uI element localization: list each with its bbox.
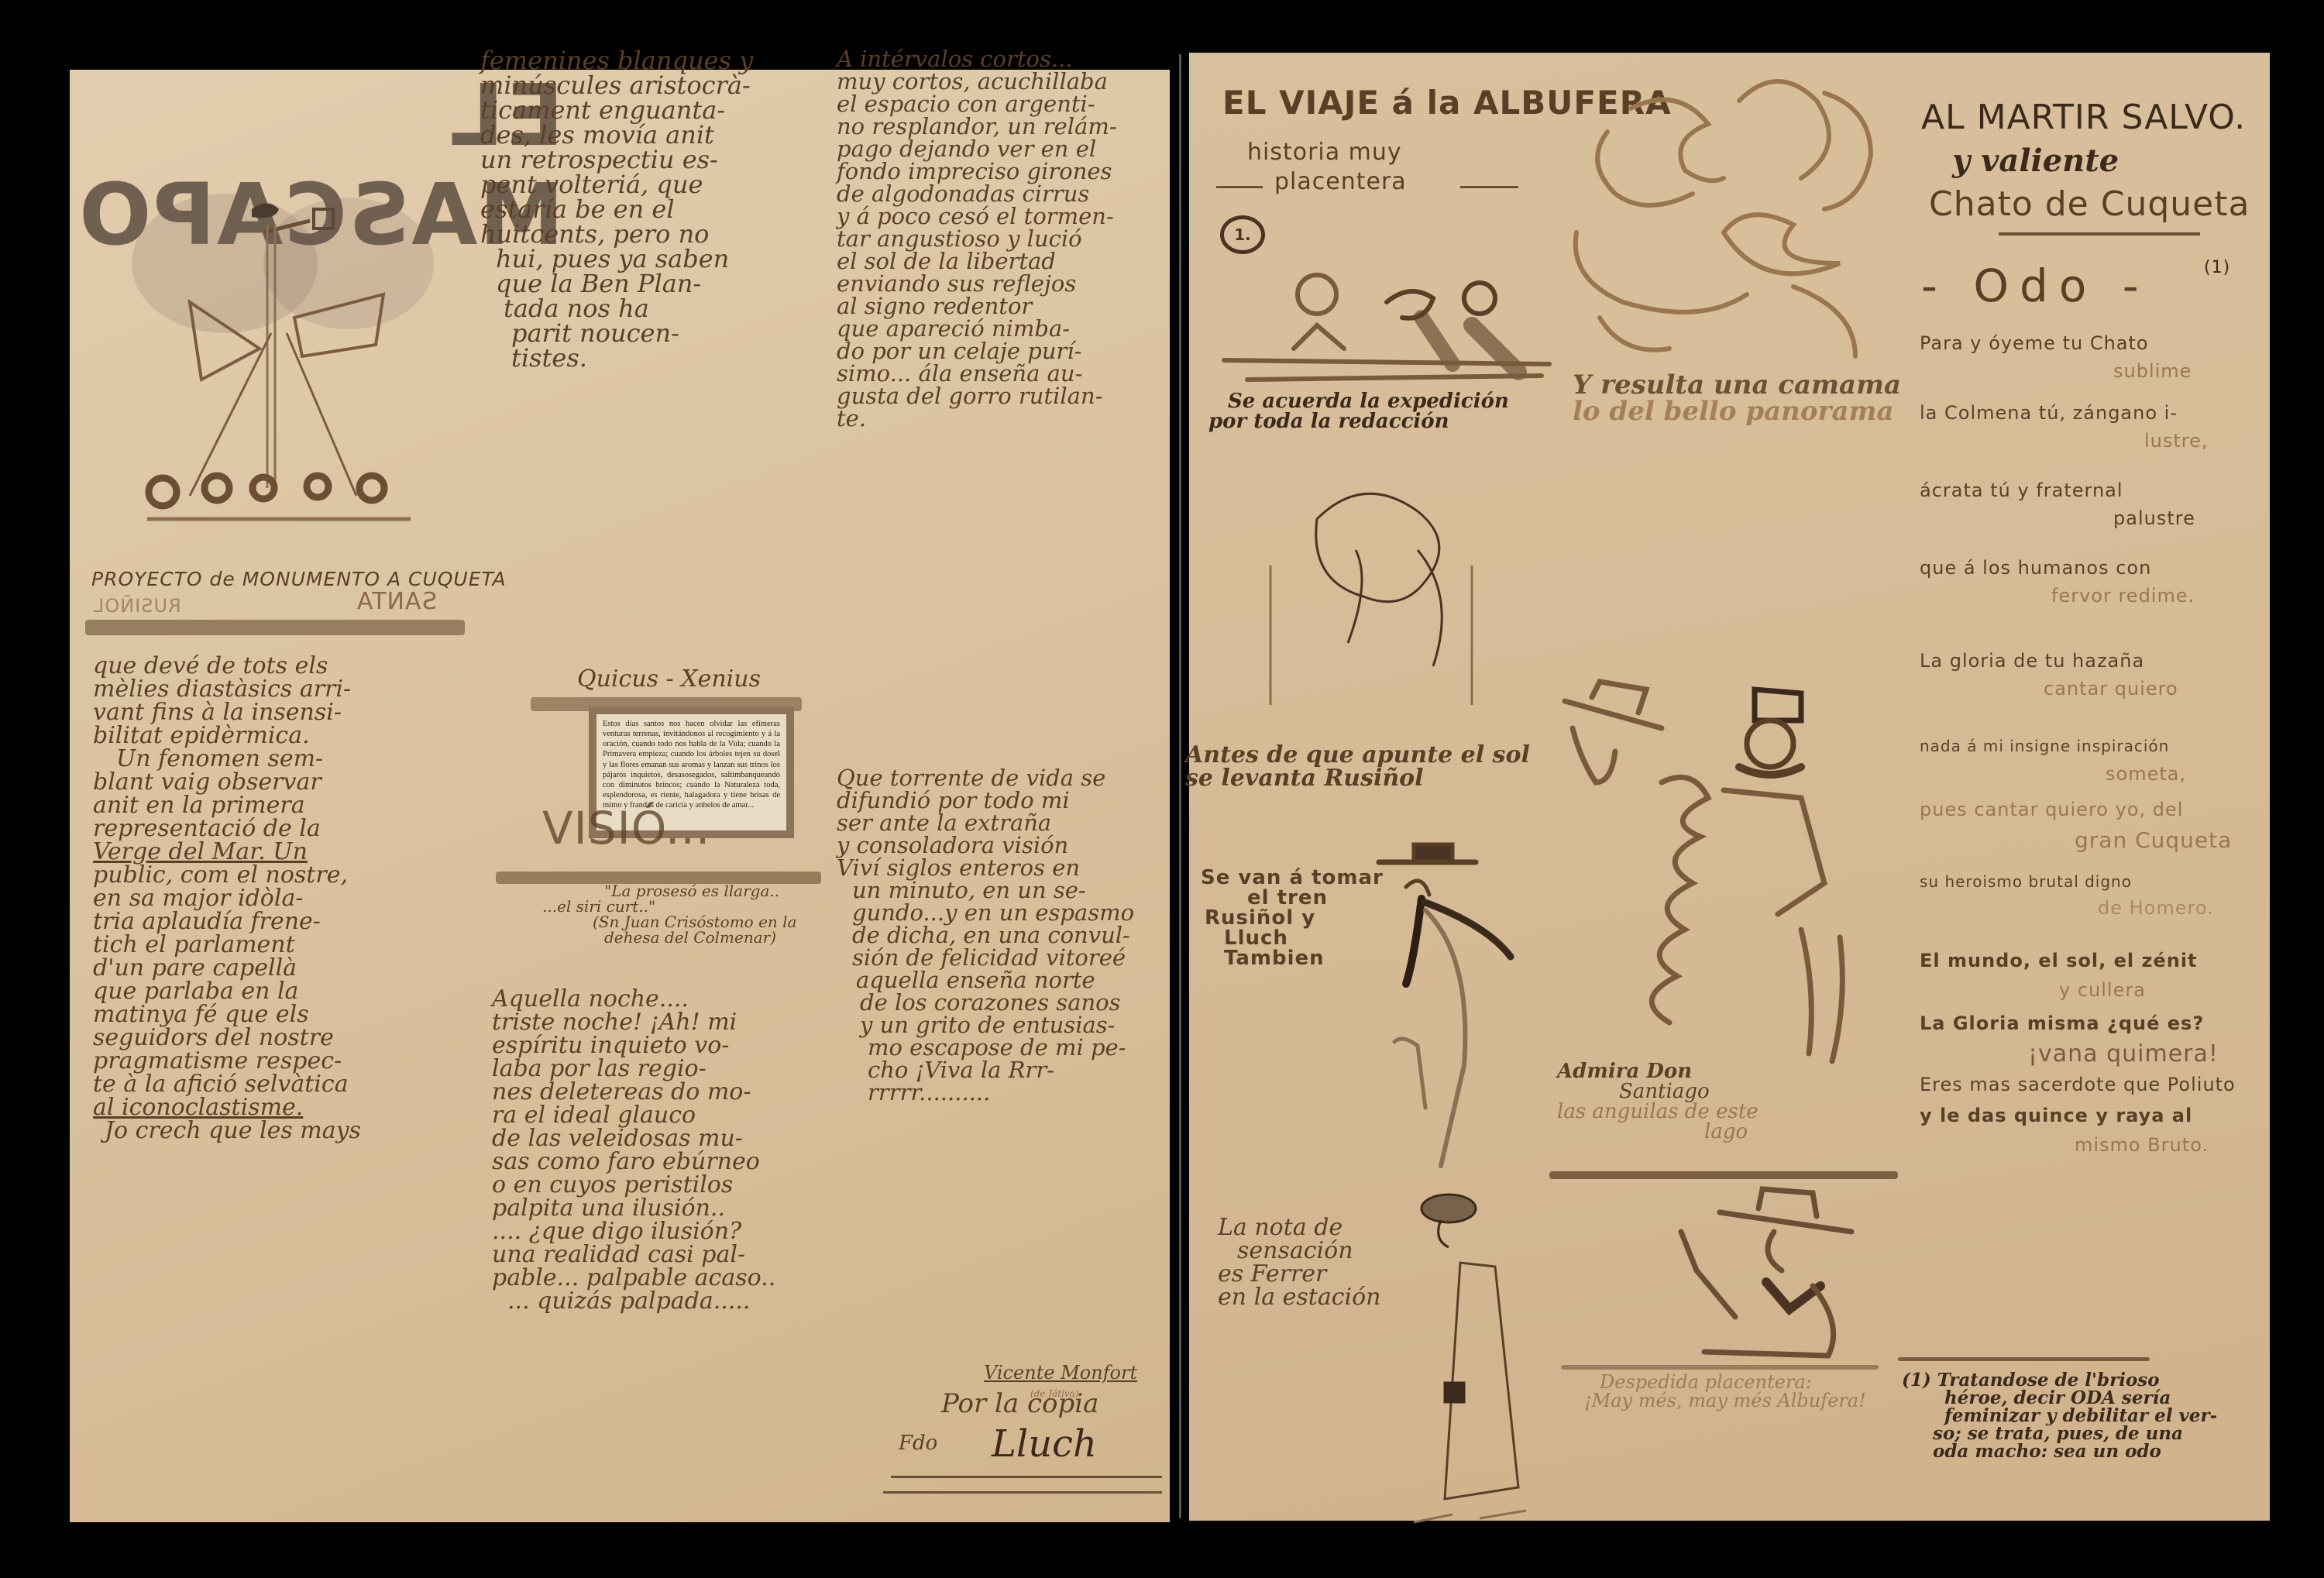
- ode-verses: Para y óyeme tu Chato sublime la Colmena…: [1920, 329, 2276, 1163]
- text-line: Aquella noche....: [492, 988, 833, 1011]
- text-line: des, les movía anit: [480, 122, 829, 147]
- text-line: ácrata tú y fraternal: [1920, 476, 2276, 504]
- text-line: un minuto, en un se-: [837, 879, 1177, 902]
- text-line: .... ¿que digo ilusión?: [492, 1220, 833, 1243]
- text-line: tar angustioso y lució: [837, 228, 1177, 250]
- signed-prefix: Fdo: [899, 1433, 937, 1453]
- verse: La gloria de tu hazaña cantar quiero: [1920, 647, 2276, 732]
- text-line: someta,: [1920, 760, 2276, 788]
- text-line: gundo...y en un espasmo: [837, 902, 1177, 924]
- text-line: ...el siri curt..": [542, 899, 821, 914]
- text-line: mo escapose de mi pe-: [837, 1037, 1177, 1059]
- center-fold: [1179, 54, 1181, 1518]
- text-line: palpita una ilusión..: [492, 1197, 833, 1220]
- text-line: que la Ben Plan-: [480, 271, 829, 296]
- ode-footnote-divider: [1898, 1357, 2150, 1361]
- verse: El mundo, el sol, el zénit y cullera: [1920, 946, 2276, 1008]
- text-line: d'un pare capellà: [93, 957, 457, 980]
- text-line: las anguilas de este: [1557, 1102, 1758, 1122]
- text-line: bilitat epidèrmica.: [93, 724, 457, 748]
- text-line: A intérvalos cortos...: [837, 48, 1177, 70]
- text-line: difundió por todo mi: [837, 789, 1177, 812]
- text-line: fervor redime.: [1920, 582, 2276, 610]
- text-line: Santiago: [1557, 1081, 1758, 1102]
- text-line: pent volteriá, que: [480, 172, 829, 197]
- text-line: lustre,: [1920, 427, 2276, 455]
- verse: La Gloria misma ¿qué es? ¡vana quimera!: [1920, 1008, 2276, 1070]
- text-line: sublime: [1920, 357, 2276, 385]
- subtitle-rule-left: [1216, 186, 1263, 188]
- text-line: espíritu inquieto vo-: [492, 1034, 833, 1057]
- text-line: no resplandor, un relám-: [837, 115, 1177, 138]
- text-line: sión de felicidad vitoreé: [837, 947, 1177, 969]
- text-line: el tren: [1201, 888, 1384, 908]
- monument-caption-mirrored-2: SANTA: [356, 590, 437, 614]
- text-line: ¡May més, may més Albufera!: [1584, 1391, 1866, 1410]
- column-3-text-lower: Que torrente de vida se difundió por tod…: [837, 767, 1177, 1104]
- text-line: que devé de tots els: [93, 655, 457, 678]
- text-line: Tambien: [1201, 948, 1384, 968]
- caption-panorama: Y resulta una camama lo del bello panora…: [1573, 372, 1901, 425]
- verse: ácrata tú y fraternal palustre: [1920, 476, 2276, 554]
- verse: la Colmena tú, zángano i- lustre,: [1920, 399, 2276, 476]
- text-line: el espacio con argenti-: [837, 93, 1177, 115]
- text-line: La nota de: [1218, 1216, 1381, 1239]
- text-line: que apareció nimba-: [837, 318, 1177, 340]
- ferrer-sketch: [1387, 1189, 1526, 1530]
- text-line: sensación: [1218, 1239, 1381, 1263]
- text-line: te.: [837, 407, 1177, 430]
- author-name: Vicente Monfort: [984, 1363, 1137, 1382]
- text-line: La gloria de tu hazaña: [1920, 647, 2276, 675]
- text-line: tada nos ha: [480, 296, 829, 321]
- text-line: Verge del Mar. Un: [93, 841, 457, 864]
- text-line: en sa major idòla-: [93, 887, 457, 910]
- text-line: de dicha, en una convul-: [837, 924, 1177, 947]
- caption-train: Se van á tomar el tren Rusiñol y Lluch T…: [1201, 868, 1384, 968]
- farewell-sketch: [1658, 1185, 1875, 1363]
- text-line: la Colmena tú, zángano i-: [1920, 399, 2276, 427]
- text-line: lo del bello panorama: [1573, 398, 1901, 425]
- monument-caption: PROYECTO de MONUMENTO A CUQUETA: [91, 569, 507, 589]
- text-line: La Gloria misma ¿qué es?: [1920, 1008, 2276, 1039]
- text-line: al iconoclastisme.: [93, 1096, 457, 1119]
- signature-rule-2: [883, 1491, 1162, 1494]
- text-line: lago: [1557, 1122, 1758, 1142]
- text-line: public, com el nostre,: [93, 864, 457, 887]
- text-line: Se acuerda la expedición: [1208, 391, 1509, 411]
- ode-title-1: AL MARTIR SALVO.: [1921, 101, 2246, 135]
- text-line: se levanta Rusiñol: [1185, 767, 1530, 790]
- ode-footnote-marker: (1): [2204, 260, 2230, 277]
- text-line: sas como faro ebúrneo: [492, 1150, 833, 1174]
- text-line: simo... ála enseña au-: [837, 363, 1177, 385]
- text-line: y le das quince y raya al: [1920, 1101, 2276, 1130]
- text-line: huitcents, pero no: [480, 222, 829, 246]
- text-line: es Ferrer: [1218, 1263, 1381, 1286]
- text-line: nes deletereas do mo-: [492, 1081, 833, 1104]
- text-line: tich el parlament: [93, 933, 457, 957]
- text-line: seguidors del nostre: [93, 1026, 457, 1050]
- farewell-divider: [1561, 1365, 1879, 1370]
- verse: y le das quince y raya al mismo Bruto.: [1920, 1101, 2276, 1163]
- text-line: Un fenomen sem-: [93, 748, 457, 771]
- text-line: matinya fé que els: [93, 1003, 457, 1026]
- text-line: en la estación: [1218, 1286, 1381, 1309]
- text-line: Para y óyeme tu Chato: [1920, 329, 2276, 357]
- albufera-subtitle-2: placentera: [1274, 170, 1407, 194]
- verse: su heroismo brutal digno de Homero.: [1920, 868, 2276, 946]
- text-line: de algodonadas cirrus: [837, 183, 1177, 205]
- albufera-subtitle-1: historia muy: [1247, 141, 1402, 164]
- text-line: una realidad casi pal-: [492, 1243, 833, 1267]
- text-line: "La prosesó es llarga..: [542, 883, 821, 899]
- text-line: (Sn Juan Crisóstomo en la: [542, 914, 821, 930]
- text-line: nada á mi insigne inspiración: [1920, 732, 2276, 760]
- clipping-label: VISIÓ...: [542, 806, 710, 851]
- text-line: cantar quiero: [1920, 675, 2276, 703]
- ode-title-2: y valiente: [1952, 146, 2119, 177]
- text-line: Rusiñol y: [1201, 908, 1384, 928]
- text-line: Viví siglos enteros en: [837, 857, 1177, 879]
- text-line: gusta del gorro rutilan-: [837, 385, 1177, 407]
- ode-footnote: (1) Tratandose de l'brioso héroe, decir …: [1902, 1371, 2266, 1460]
- text-line: Despedida placentera:: [1584, 1373, 1866, 1391]
- walking-man-sketch: [1379, 841, 1534, 1174]
- text-line: y consoladora visión: [837, 834, 1177, 857]
- text-line: enviando sus reflejos: [837, 273, 1177, 295]
- verse: Para y óyeme tu Chato sublime: [1920, 329, 2276, 399]
- masthead-divider: [85, 620, 465, 635]
- lluch-signature: Lluch: [992, 1425, 1097, 1463]
- column-1-text: que devé de tots els mèlies diastàsics a…: [93, 655, 457, 1143]
- verse: nada á mi insigne inspiración someta,: [1920, 732, 2276, 794]
- text-line: rrrrr..........: [837, 1081, 1177, 1104]
- santiago-sketch: [1545, 682, 1910, 1061]
- text-line: y cullera: [1920, 975, 2276, 1005]
- text-line: Admira Don: [1557, 1061, 1758, 1081]
- caption-santiago: Admira Don Santiago las anguilas de este…: [1557, 1061, 1758, 1142]
- caption-ferrer: La nota de sensación es Ferrer en la est…: [1218, 1216, 1381, 1309]
- santiago-divider: [1549, 1171, 1898, 1179]
- text-line: ser ante la extraña: [837, 812, 1177, 834]
- text-line: feminizar y debilitar el ver-: [1902, 1407, 2266, 1425]
- text-line: de las veleidosas mu-: [492, 1127, 833, 1150]
- text-line: El mundo, el sol, el zénit: [1920, 946, 2276, 975]
- text-line: tria aplaudía frene-: [93, 910, 457, 933]
- text-line: mismo Bruto.: [1920, 1130, 2276, 1160]
- text-line: dehesa del Colmenar): [542, 930, 821, 945]
- text-line: Que torrente de vida se: [837, 767, 1177, 789]
- text-line: pues cantar quiero yo, del: [1920, 794, 2276, 825]
- text-line: y á poco cesó el tormen-: [837, 205, 1177, 228]
- masthead-title: EL MASCAPO: [77, 66, 480, 167]
- text-line: Antes de que apunte el sol: [1185, 744, 1530, 767]
- text-line: so; se trata, pues, de una: [1902, 1425, 2266, 1442]
- column-2-bottom-text: Aquella noche.... triste noche! ¡Ah! mi …: [492, 988, 833, 1313]
- text-line: Jo crech que les mays: [93, 1119, 457, 1143]
- text-line: estaría be en el: [480, 197, 829, 222]
- text-line: minúscules aristocrà-: [480, 73, 829, 98]
- text-line: te à la afició selvàtica: [93, 1073, 457, 1096]
- text-line: triste noche! ¡Ah! mi: [492, 1011, 833, 1034]
- ode-heading: - Odo -: [1921, 263, 2150, 308]
- text-line: tistes.: [480, 346, 829, 370]
- text-line: héroe, decir ODA sería: [1902, 1389, 2266, 1407]
- text-line: pago dejando ver en el: [837, 138, 1177, 160]
- caption-sunrise: Antes de que apunte el sol se levanta Ru…: [1185, 744, 1530, 790]
- text-line: mèlies diastàsics arri-: [93, 678, 457, 701]
- text-line: palustre: [1920, 504, 2276, 532]
- crisostomo-quote: "La prosesó es llarga.. ...el siri curt.…: [542, 883, 821, 945]
- text-line: representació de la: [93, 817, 457, 841]
- caption-farewell: Despedida placentera: ¡May més, may més …: [1584, 1373, 1866, 1410]
- text-line: parit noucen-: [480, 321, 829, 346]
- monument-caption-mirrored-1: RUSIÑOL: [93, 596, 181, 615]
- text-line: cho ¡Viva la Rrr-: [837, 1059, 1177, 1081]
- column-3-text: A intérvalos cortos... muy cortos, acuch…: [837, 48, 1177, 430]
- text-line: ticament enguanta-: [480, 98, 829, 122]
- text-line: al signo redentor: [837, 295, 1177, 318]
- text-line: blant vaig observar: [93, 771, 457, 794]
- text-line: ... quizás palpada.....: [492, 1290, 833, 1313]
- ode-title-rule: [1999, 232, 2200, 235]
- text-line: Lluch: [1201, 928, 1384, 948]
- monument-sketch: [116, 178, 442, 550]
- verse: que á los humanos con fervor redime.: [1920, 554, 2276, 647]
- text-line: de los corazones sanos: [837, 992, 1177, 1014]
- verse: Eres mas sacerdote que Poliuto: [1920, 1070, 2276, 1101]
- caption-expedition: Se acuerda la expedición por toda la red…: [1208, 391, 1509, 431]
- text-line: o en cuyos peristilos: [492, 1174, 833, 1197]
- panel-number-badge: 1.: [1220, 215, 1265, 254]
- text-line: que parlaba en la: [93, 980, 457, 1003]
- text-line: su heroismo brutal digno: [1920, 868, 2276, 895]
- verse: pues cantar quiero yo, del gran Cuqueta: [1920, 794, 2276, 868]
- column-2-top-text: femenines blanques y minúscules aristocr…: [480, 48, 829, 370]
- text-line: fondo impreciso girones: [837, 160, 1177, 183]
- text-line: el sol de la libertad: [837, 250, 1177, 273]
- text-line: laba por las regio-: [492, 1057, 833, 1081]
- cloud-sketch: [1561, 70, 1917, 372]
- text-line: Se van á tomar: [1201, 868, 1384, 888]
- ode-title-3: Chato de Cuqueta: [1929, 187, 2250, 222]
- text-line: de Homero.: [1920, 895, 2276, 921]
- text-line: do por un celaje purí-: [837, 340, 1177, 363]
- text-line: anit en la primera: [93, 794, 457, 817]
- text-line: Y resulta una camama: [1573, 372, 1901, 398]
- text-line: un retrospectiu es-: [480, 147, 829, 172]
- signature-rule-1: [891, 1476, 1162, 1478]
- subtitle-rule-right: [1460, 186, 1518, 188]
- text-line: oda macho: sea un odo: [1902, 1442, 2266, 1460]
- text-line: muy cortos, acuchillaba: [837, 70, 1177, 93]
- text-line: hui, pues ya saben: [480, 246, 829, 271]
- xenius-signature: Quicus - Xenius: [577, 668, 761, 691]
- text-line: pable... palpable acaso..: [492, 1267, 833, 1290]
- text-line: Eres mas sacerdote que Poliuto: [1920, 1070, 2276, 1099]
- editorial-table-sketch: [1216, 256, 1557, 387]
- text-line: aquella enseña norte: [837, 969, 1177, 992]
- copy-note: Por la copia: [941, 1391, 1098, 1417]
- text-line: (1) Tratandose de l'brioso: [1902, 1371, 2266, 1389]
- text-line: femenines blanques y: [480, 48, 829, 73]
- text-line: por toda la redacción: [1208, 411, 1509, 431]
- text-line: ra el ideal glauco: [492, 1104, 833, 1127]
- text-line: y un grito de entusias-: [837, 1014, 1177, 1037]
- text-line: vant fins à la insensi-: [93, 701, 457, 724]
- text-line: ¡vana quimera!: [1920, 1039, 2276, 1070]
- text-line: gran Cuqueta: [1920, 825, 2276, 856]
- sleeping-figure-sketch: [1239, 473, 1565, 736]
- text-line: que á los humanos con: [1920, 554, 2276, 582]
- text-line: pragmatisme respec-: [93, 1050, 457, 1073]
